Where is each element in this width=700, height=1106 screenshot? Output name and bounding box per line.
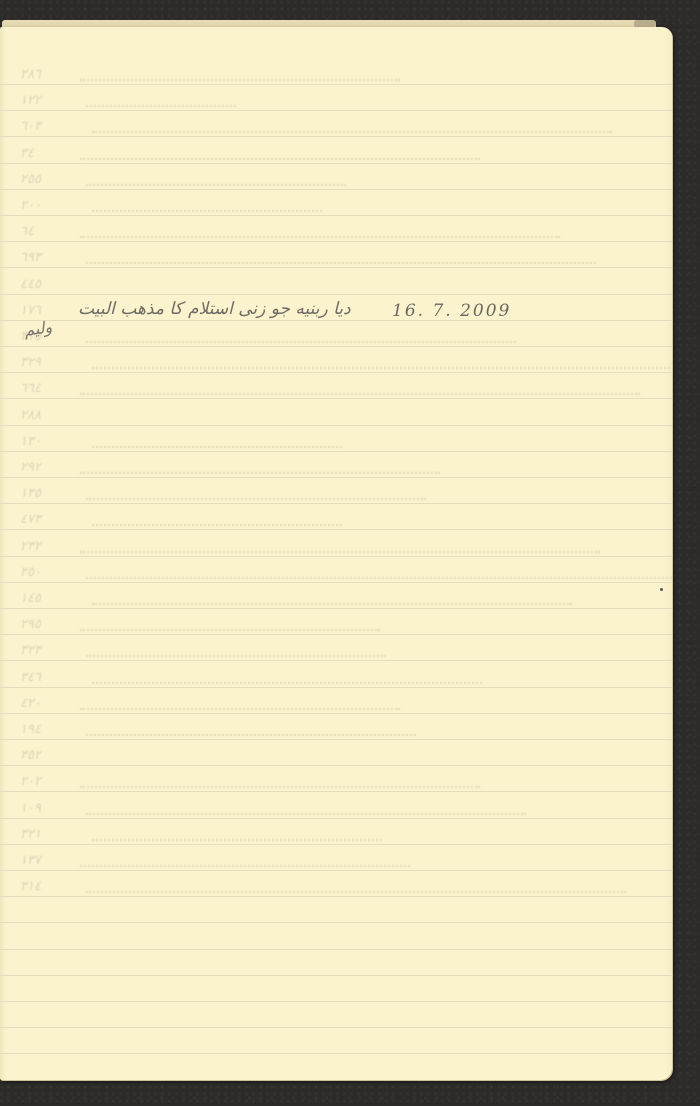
ghost-line xyxy=(80,541,600,553)
ruled-line xyxy=(0,818,672,819)
ghost-margin-number: ١٩٤ xyxy=(20,722,41,737)
ruled-line xyxy=(0,294,672,295)
ruled-line xyxy=(0,136,672,137)
ghost-margin-number: ٢٣٢ xyxy=(20,539,41,554)
ruled-line xyxy=(0,556,672,557)
ghost-margin-number: ٢٠٢ xyxy=(20,774,41,789)
ruled-line xyxy=(0,660,672,661)
ruled-line xyxy=(0,844,672,845)
ghost-line xyxy=(92,829,382,841)
ghost-line xyxy=(86,252,596,264)
ruled-line xyxy=(0,608,672,609)
ghost-line xyxy=(86,724,416,736)
ruled-line xyxy=(0,346,672,347)
ruled-line xyxy=(0,870,672,871)
ruled-line xyxy=(0,949,672,950)
ghost-margin-number: ١٣٠ xyxy=(20,434,41,449)
ghost-margin-number: ٤٧٣ xyxy=(20,512,41,527)
ruled-line xyxy=(0,425,672,426)
ruled-line xyxy=(0,163,672,164)
ghost-line xyxy=(80,148,480,160)
ruled-line xyxy=(0,110,672,111)
ruled-line xyxy=(0,451,672,452)
ghost-margin-number: ٣٢١ xyxy=(20,827,41,842)
ghost-line xyxy=(92,200,322,212)
ruled-line xyxy=(0,215,672,216)
ghost-line xyxy=(86,488,426,500)
ghost-line xyxy=(92,514,342,526)
ghost-line xyxy=(86,567,672,579)
signature: ولیم xyxy=(23,317,53,340)
ghost-margin-number: ٦٤ xyxy=(20,224,34,239)
ruled-line xyxy=(0,241,672,242)
ghost-line xyxy=(80,619,380,631)
ink-speck xyxy=(660,588,663,591)
ghost-margin-number: ٦٠٣ xyxy=(20,119,41,134)
ghost-line xyxy=(86,331,516,343)
ghost-margin-number: ٣٤ xyxy=(20,146,34,161)
ruled-line xyxy=(0,896,672,897)
ruled-line xyxy=(0,398,672,399)
ruled-line xyxy=(0,713,672,714)
ghost-line xyxy=(86,95,236,107)
ghost-line xyxy=(80,383,640,395)
ghost-margin-number: ٦٩٣ xyxy=(20,250,41,265)
ghost-margin-number: ١٣٧ xyxy=(20,853,41,868)
ghost-margin-number: ٣١٤ xyxy=(20,879,41,894)
ghost-margin-number: ٢٥٥ xyxy=(20,172,41,187)
ruled-line xyxy=(0,582,672,583)
ruled-line xyxy=(0,529,672,530)
ghost-line xyxy=(80,226,560,238)
ghost-line xyxy=(92,593,572,605)
ruled-line xyxy=(0,84,672,85)
ghost-line xyxy=(80,69,400,81)
ruled-line xyxy=(0,791,672,792)
ghost-line xyxy=(92,436,342,448)
ghost-line xyxy=(92,121,612,133)
ghost-line xyxy=(80,776,480,788)
ghost-line xyxy=(92,357,672,369)
ruled-line xyxy=(0,765,672,766)
ghost-margin-number: ٣٥٠ xyxy=(20,565,41,580)
ghost-margin-number: ١٣٥ xyxy=(20,486,41,501)
ruled-line xyxy=(0,503,672,504)
ghost-line xyxy=(86,881,626,893)
ruled-line xyxy=(0,687,672,688)
ghost-margin-number: ١٧٦ xyxy=(20,303,41,318)
ruled-line xyxy=(0,739,672,740)
ruled-line xyxy=(0,1027,672,1028)
ghost-margin-number: ٢٨٨ xyxy=(20,408,41,423)
arabic-annotation: دیا ربنیه جو زنی استلام کا مذهب البیت xyxy=(78,299,351,319)
ruled-line xyxy=(0,1053,672,1054)
ghost-line xyxy=(86,174,346,186)
ruled-line xyxy=(0,634,672,635)
ghost-line xyxy=(80,698,400,710)
ghost-margin-number: ١٤٥ xyxy=(20,591,41,606)
ghost-margin-number: ٣٥٢ xyxy=(20,748,41,763)
ruled-line xyxy=(0,477,672,478)
annotation-date: 16. 7. 2009 xyxy=(392,301,511,321)
ghost-margin-number: ٣٤٦ xyxy=(20,670,41,685)
ghost-line xyxy=(80,855,410,867)
ruled-line xyxy=(0,372,672,373)
ghost-margin-number: ٤٢٠ xyxy=(20,696,41,711)
ruled-line xyxy=(0,975,672,976)
ghost-line xyxy=(86,803,526,815)
ghost-line xyxy=(92,672,482,684)
ghost-margin-number: ٢٩٢ xyxy=(20,460,41,475)
ghost-margin-number: ٢٨٦ xyxy=(20,67,41,82)
ghost-margin-number: ٢٠٠ xyxy=(20,198,41,213)
ruled-line xyxy=(0,320,672,321)
notebook-page: ٢٨٦١٢٢٦٠٣٣٤٢٥٥٢٠٠٦٤٦٩٣٤٤٥١٧٦٢١٥٣٢٩٦٦٤٢٨٨… xyxy=(0,27,672,1080)
ghost-line xyxy=(86,645,386,657)
ghost-margin-number: ١٢٢ xyxy=(20,93,41,108)
ghost-margin-number: ٣٢٣ xyxy=(20,643,41,658)
ruled-line xyxy=(0,1001,672,1002)
ruled-line xyxy=(0,189,672,190)
ghost-margin-number: ٣٢٩ xyxy=(20,355,41,370)
ghost-margin-number: ٤٤٥ xyxy=(20,277,41,292)
ruled-line xyxy=(0,922,672,923)
ghost-margin-number: ١٠٩ xyxy=(20,801,41,816)
ghost-margin-number: ٦٦٤ xyxy=(20,381,41,396)
ghost-line xyxy=(80,462,440,474)
ghost-margin-number: ٢٩٥ xyxy=(20,617,41,632)
ruled-line xyxy=(0,267,672,268)
